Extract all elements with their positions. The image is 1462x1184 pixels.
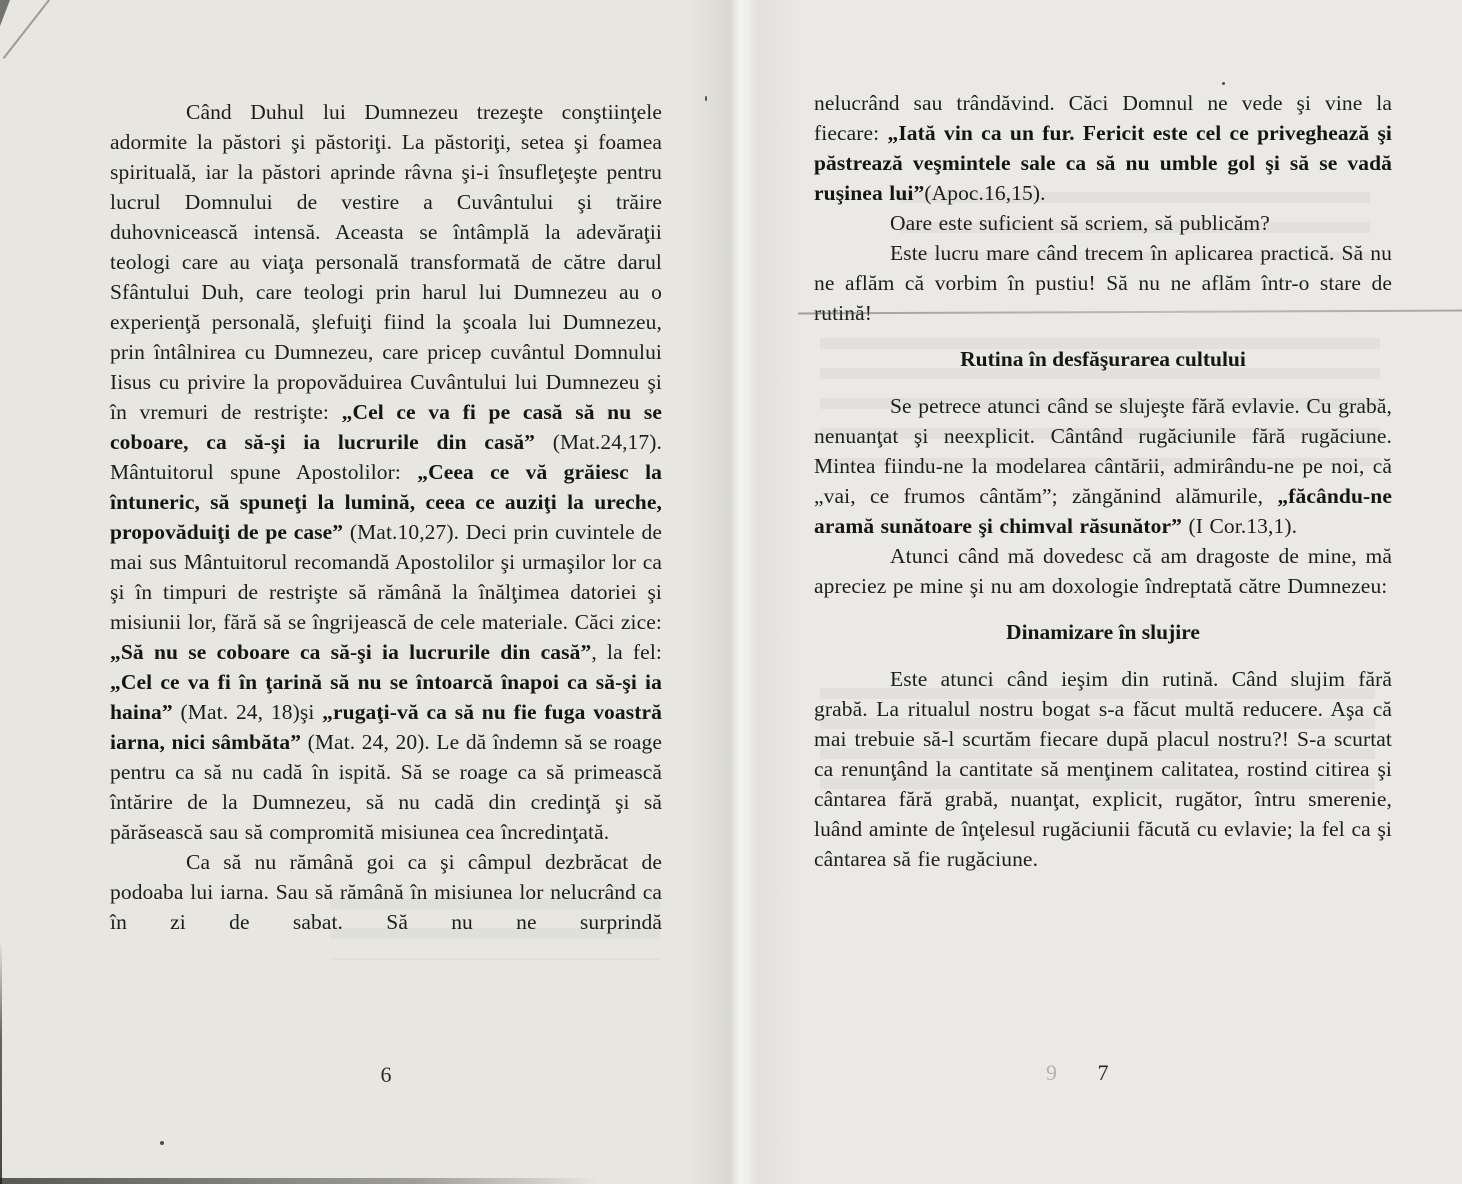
page-number-left: 6	[110, 1062, 662, 1088]
scripture-quote-bold: „Să nu se coboare ca să-şi ia lucrurile …	[110, 640, 591, 664]
body-text-run: (Mat. 24, 18)şi	[173, 700, 322, 724]
section-heading: Rutina în desfăşurarea cultului	[814, 344, 1392, 374]
body-paragraph: Ca să nu rămână goi ca şi câmpul dezbrăc…	[110, 847, 662, 937]
right-page-text: nelucrând sau trândăvind. Căci Domnul ne…	[814, 88, 1392, 874]
book-spread-scan: Când Duhul lui Dumnezeu trezeşte conştii…	[0, 0, 1462, 1184]
body-text-run: (I Cor.13,1).	[1182, 514, 1297, 538]
body-paragraph: Când Duhul lui Dumnezeu trezeşte conştii…	[110, 97, 662, 847]
body-paragraph: Atunci când mă dovedesc că am dragoste d…	[814, 541, 1392, 601]
scripture-quote-bold: „Iată vin ca un fur. Fericit este cel ce…	[814, 121, 1392, 205]
body-paragraph: Este lucru mare când trecem în aplicarea…	[814, 238, 1392, 328]
section-heading: Dinamizare în slujire	[814, 617, 1392, 647]
body-text-run: , la fel:	[591, 640, 662, 664]
page-number-right: 7	[814, 1060, 1392, 1086]
body-text-run: Este atunci când ieşim din rutină. Când …	[814, 667, 1392, 871]
body-paragraph: nelucrând sau trândăvind. Căci Domnul ne…	[814, 88, 1392, 208]
body-text-run: Este lucru mare când trecem în aplicarea…	[814, 241, 1392, 325]
body-text-run: Ca să nu rămână goi ca şi câmpul dezbrăc…	[110, 850, 662, 934]
body-paragraph: Este atunci când ieşim din rutină. Când …	[814, 664, 1392, 874]
body-text-run: Când Duhul lui Dumnezeu trezeşte conştii…	[110, 100, 662, 424]
body-text-run: Atunci când mă dovedesc că am dragoste d…	[814, 544, 1392, 598]
body-paragraph: Oare este suficient să scriem, să public…	[814, 208, 1392, 238]
body-paragraph: Se petrece atunci când se slujeşte fără …	[814, 391, 1392, 541]
body-text-run: Oare este suficient să scriem, să public…	[890, 211, 1270, 235]
body-text-run: (Apoc.16,15).	[924, 181, 1045, 205]
ghost-page-number: 9	[1046, 1060, 1057, 1086]
left-page-text: Când Duhul lui Dumnezeu trezeşte conştii…	[110, 97, 662, 937]
